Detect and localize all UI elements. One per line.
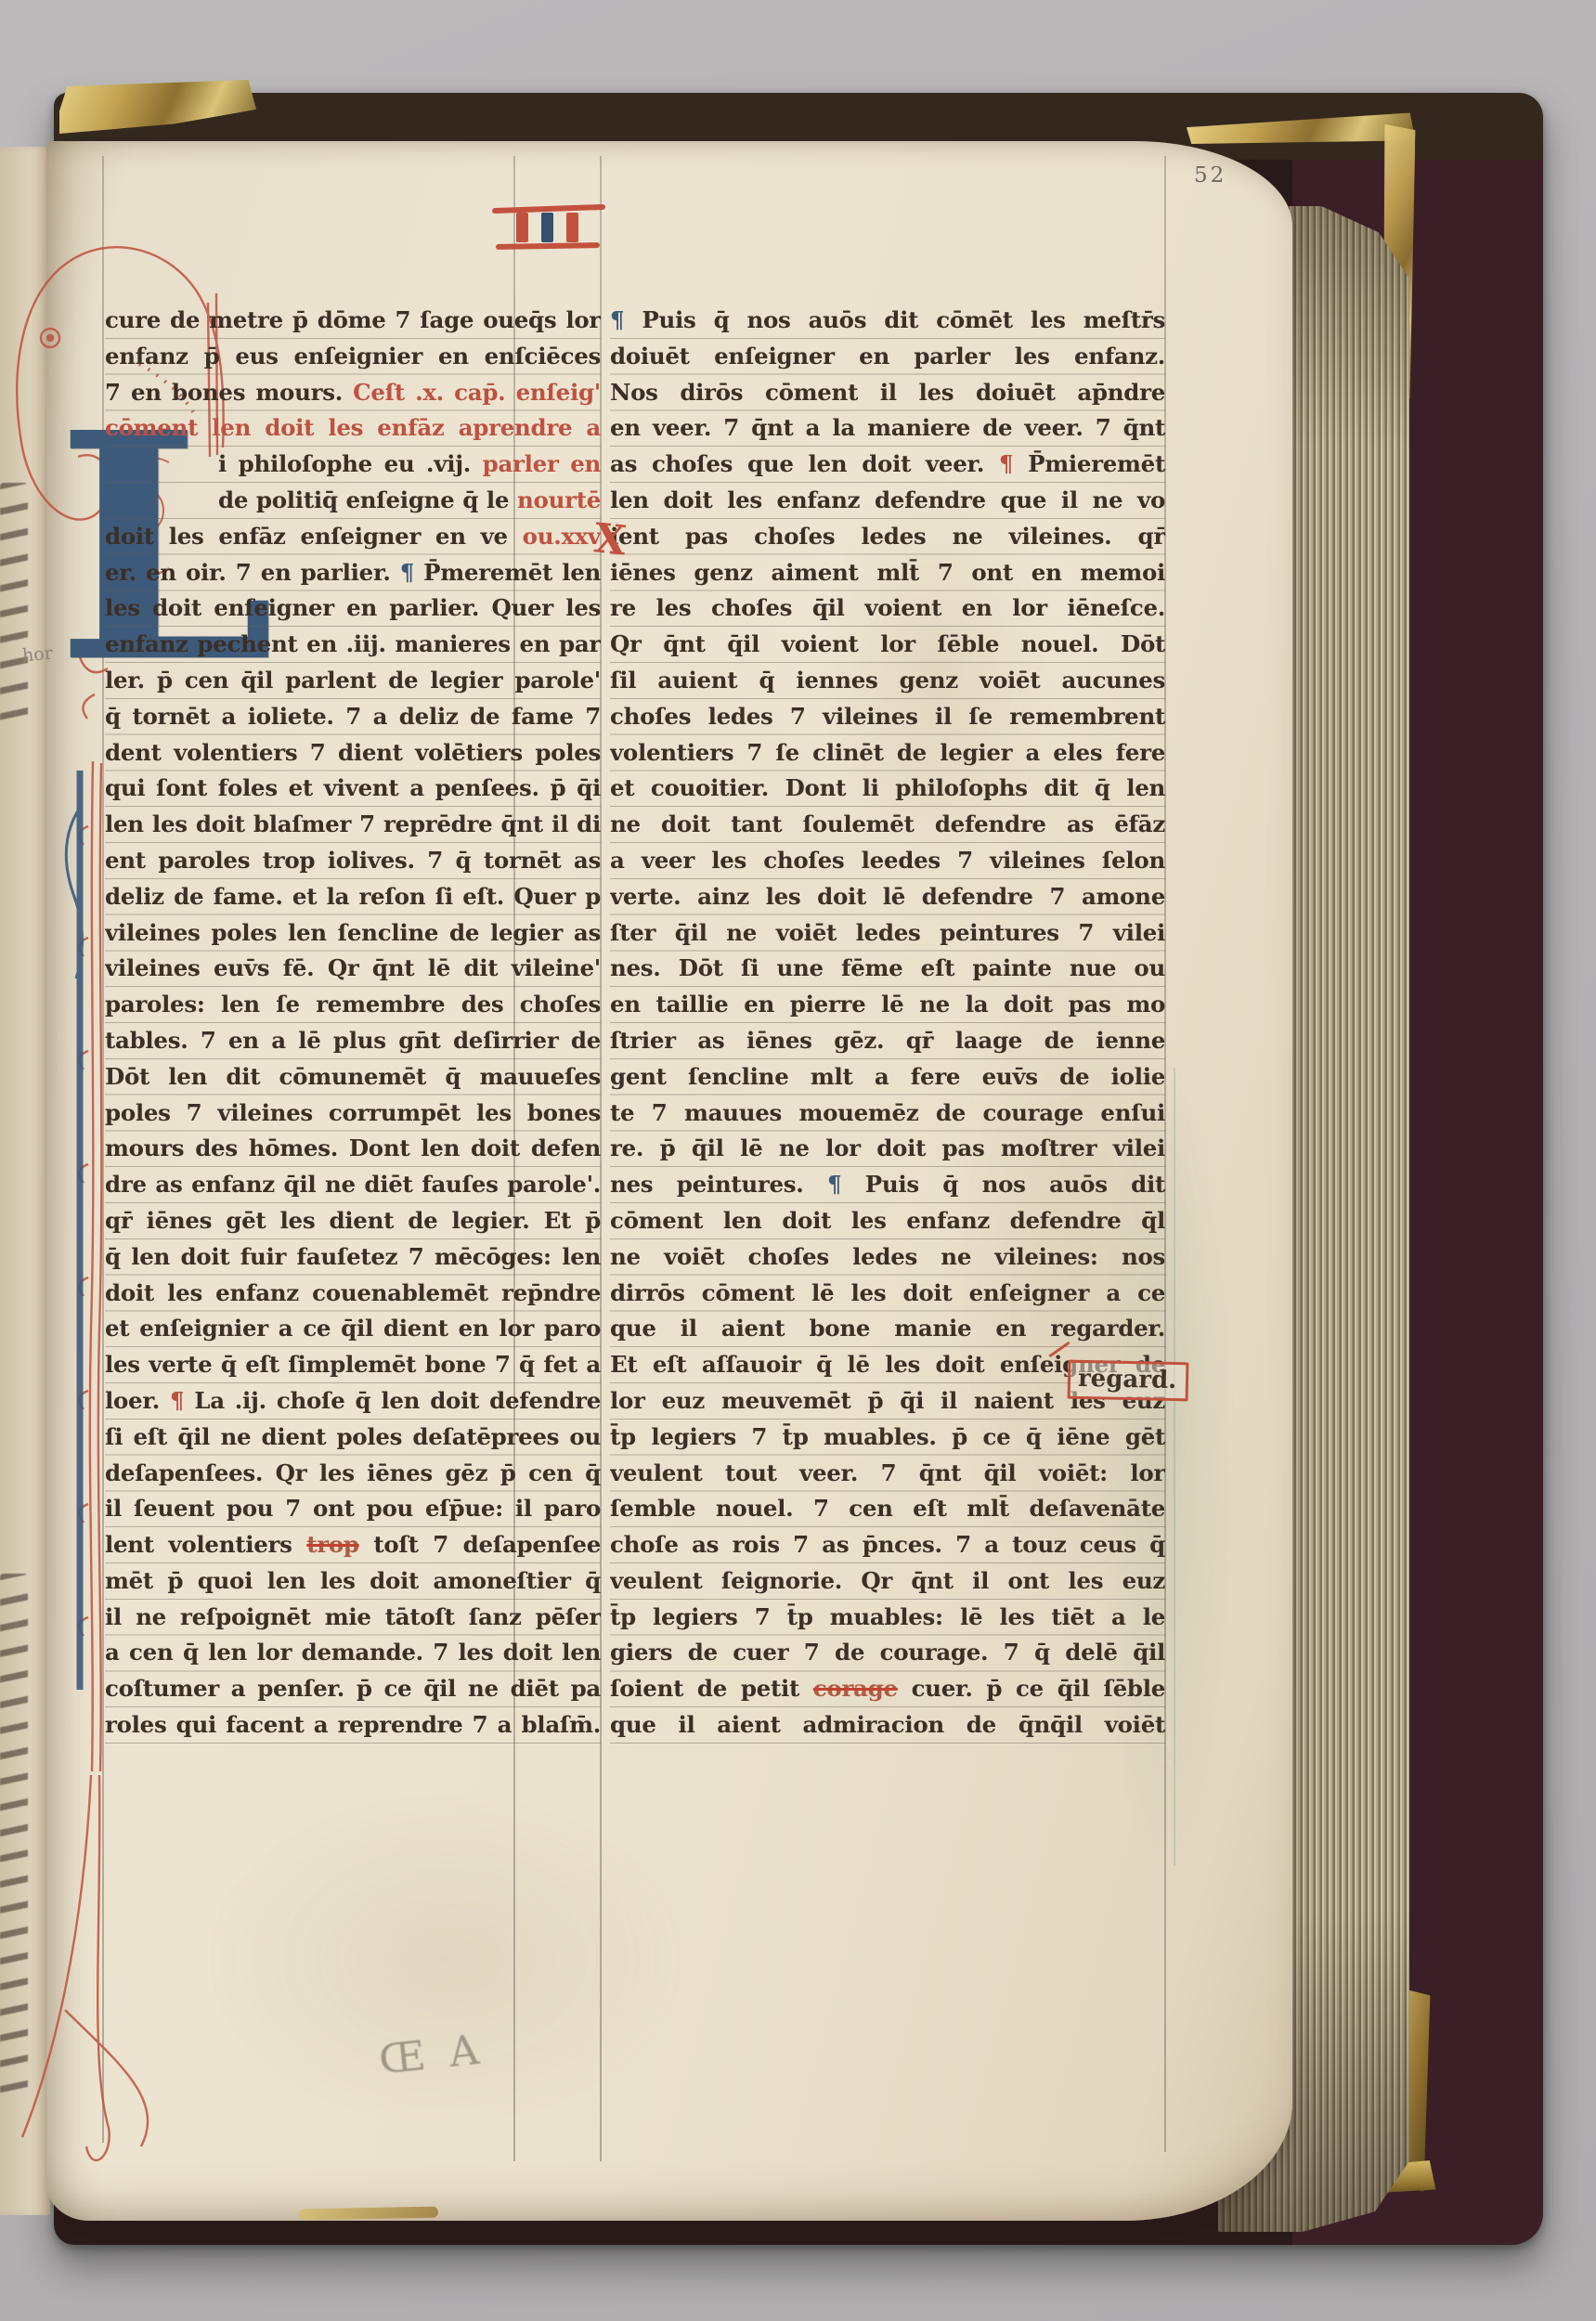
- text-line: poles 7 vileines corrumpēt les bones: [105, 1096, 601, 1132]
- text-segment: en taillie en pierre lē ne la doit pas m…: [610, 991, 1165, 1018]
- text-line: lent volentiers trop toſt 7 deſapenſee: [105, 1527, 601, 1563]
- text-segment: qui ſont foles et vivent a penſees. p̄ q…: [105, 774, 601, 801]
- text-segment: cuer. p̄ ce q̄il ſēble: [898, 1675, 1165, 1702]
- text-line: len les doit blaſmer 7 reprēdre q̄nt il …: [105, 807, 601, 843]
- text-line: t̄p legiers 7 t̄p muables: lē les tiēt a…: [610, 1600, 1165, 1636]
- text-segment: Puis q̄ nos auōs dit cōmēt les meſtr̄s: [624, 306, 1165, 333]
- text-segment: nourtē: [517, 486, 601, 513]
- text-segment: ¶: [170, 1387, 184, 1414]
- text-segment: ne doit tant ſoulemēt defendre as ēfāz: [610, 810, 1165, 837]
- text-segment: ¶: [610, 306, 624, 333]
- text-line: dre as enfanz q̄il ne diēt fauſes parole…: [105, 1167, 601, 1203]
- text-segment: ou.xxv: [508, 523, 601, 550]
- text-line: cōment len doit les enfanz defendre q̄l: [610, 1203, 1165, 1239]
- text-segment: veulent tout veer. 7 q̄nt q̄il voiēt: lo…: [610, 1459, 1165, 1486]
- text-line: ſtrier as iēnes gēz. qr̄ laage de ienne: [610, 1023, 1165, 1059]
- text-line: ient pas choſes ledes ne vileines. qr̄: [610, 519, 1165, 555]
- text-segment: toſt 7 deſapenſee: [359, 1531, 601, 1558]
- text-segment: re les choſes q̄il voient en lor iēneſce…: [610, 594, 1165, 621]
- margin-note-regard: regard.: [1068, 1360, 1189, 1402]
- text-segment: a cen q̄ len lor demande. 7 les doit len…: [105, 1639, 601, 1671]
- text-segment: loer.: [105, 1387, 170, 1414]
- text-segment: a veer les choſes leedes 7 vileines ſelo…: [610, 847, 1165, 874]
- text-line: ſil auient q̄ iennes genz voiēt aucunes: [610, 663, 1165, 699]
- text-line: qui ſont foles et vivent a penſees. p̄ q…: [105, 771, 601, 807]
- text-segment: cōment len doit les enfāz aprendre a: [105, 414, 601, 441]
- quire-stroke-blue: [541, 213, 553, 242]
- text-segment: ſil auient q̄ iennes genz voiēt aucunes: [610, 667, 1165, 694]
- text-line: en veer. 7 q̄nt a la maniere de veer. 7 …: [610, 410, 1165, 447]
- text-line: roles qui facent a reprendre 7 a blaſm̄.: [105, 1707, 601, 1744]
- text-line: paroles: len ſe remembre des choſes deli: [105, 987, 601, 1023]
- text-segment: P̄meremēt len: [414, 559, 601, 586]
- text-line: Nos dirōs cōment il les doiuēt ap̄ndre: [610, 375, 1165, 411]
- text-segment: 7 en bones mours.: [105, 379, 353, 406]
- text-line: deliz de fame. et la reſon ſi eſt. Quer …: [105, 879, 601, 915]
- text-line: as choſes que len doit veer. ¶ P̄mieremē…: [610, 447, 1165, 483]
- text-segment: doiuēt enſeigner en parler les enfanz.: [610, 343, 1165, 370]
- text-segment: doit les enfāz enſeigner en ve: [105, 523, 508, 550]
- text-line: vileines euv̄s fē. Qr q̄nt lē dit vilein…: [105, 951, 601, 987]
- text-segment: il ſeuent pou 7 ont pou eſp̄ue: il paro: [105, 1495, 601, 1522]
- text-segment: ent paroles trop iolives. 7 q̄ tornēt as: [105, 847, 601, 874]
- text-line: en taillie en pierre lē ne la doit pas m…: [610, 987, 1165, 1023]
- quire-bar-bottom: [496, 242, 600, 250]
- text-segment: La .ij. choſe q̄ len doit defendre: [184, 1387, 601, 1414]
- text-line: veulent tout veer. 7 q̄nt q̄il voiēt: lo…: [610, 1456, 1165, 1492]
- text-segment: que il aient bone manie en regarder.: [610, 1315, 1165, 1342]
- text-line: dent volentiers 7 dient volētiers poles: [105, 735, 601, 772]
- text-segment: doit les enfanz couenablemēt rep̄ndre: [105, 1279, 601, 1306]
- text-line: que il aient admiracion de q̄nq̄il voiēt: [610, 1707, 1165, 1744]
- text-line: q̄ len doit fuir fauſetez 7 mēcōges: len: [105, 1239, 601, 1276]
- text-line: veulent ſeignorie. Qr q̄nt il ont les eu…: [610, 1563, 1165, 1600]
- text-line: nes peintures. ¶ Puis q̄ nos auōs dit: [610, 1167, 1165, 1203]
- text-line: cure de metre p̄ dōme 7 ſage oueq̄s lor: [105, 303, 601, 339]
- quire-stroke-red: [516, 213, 528, 242]
- text-segment: ſemble nouel. 7 cen eſt mlt̄ deſavenāte: [610, 1495, 1165, 1522]
- text-segment: ſter q̄il ne voiēt ledes peintures 7 vil…: [610, 919, 1165, 946]
- text-segment: ¶: [827, 1171, 841, 1198]
- text-segment: vileines euv̄s fē. Qr q̄nt lē dit vilein…: [105, 954, 601, 981]
- text-line: t̄p legiers 7 t̄p muables. p̄ ce q̄ iēne…: [610, 1420, 1165, 1456]
- text-line: choſes ledes 7 vileines il ſe remembrent: [610, 699, 1165, 735]
- text-segment: vileines poles len ſencline de legier as: [105, 919, 601, 946]
- text-segment: ler. p̄ cen q̄il parlent de legier parol…: [105, 667, 601, 694]
- text-line: ne voiēt choſes ledes ne vileines: nos: [610, 1239, 1165, 1276]
- folio-number: 52: [1194, 163, 1226, 188]
- text-segment: re. p̄ q̄il lē ne lor doit pas moſtrer v…: [610, 1135, 1165, 1161]
- text-line: enfanz p̄ eus enſeignier en enſciēces: [105, 339, 601, 375]
- text-segment: trop: [306, 1531, 359, 1558]
- text-segment: dent volentiers 7 dient volētiers poles: [105, 739, 601, 766]
- text-line: de politiq̄ enſeigne q̄ le nourtē: [105, 483, 601, 519]
- text-segment: Puis q̄ nos auōs dit: [841, 1171, 1165, 1198]
- text-segment: verte. ainz les doit lē defendre 7 amone: [610, 883, 1165, 910]
- text-column-left: cure de metre p̄ dōme 7 ſage oueq̄s lore…: [105, 303, 601, 1747]
- text-line: et enſeignier a ce q̄il dient en lor par…: [105, 1311, 601, 1347]
- text-segment: veulent ſeignorie. Qr q̄nt il ont les eu…: [610, 1567, 1165, 1594]
- text-segment: P̄mieremēt: [1013, 450, 1165, 477]
- text-line: loer. ¶ La .ij. choſe q̄ len doit defend…: [105, 1383, 601, 1420]
- text-segment: gent ſencline mlt a fere euv̄s de iolie: [610, 1063, 1165, 1090]
- text-segment: nes. Dōt ſi une fēme eſt painte nue ou: [610, 954, 1165, 981]
- text-line: ent paroles trop iolives. 7 q̄ tornēt as: [105, 843, 601, 879]
- text-segment: mours des hōmes. Dont len doit defen: [105, 1135, 601, 1161]
- text-line: volentiers 7 ſe clinēt de legier a eles …: [610, 735, 1165, 772]
- text-segment: ient pas choſes ledes ne vileines. qr̄: [610, 523, 1165, 550]
- text-segment: ſi eſt q̄il ne dient poles deſatēprees o…: [105, 1423, 601, 1450]
- manuscript-photo: 52: [0, 0, 1596, 2321]
- text-segment: tables. 7 en a lē plus gn̄t deſirrier de…: [105, 1027, 601, 1059]
- text-segment: choſes ledes 7 vileines il ſe remembrent: [610, 703, 1165, 730]
- text-line: les doit enſeigner en parlier. Quer les: [105, 590, 601, 627]
- text-line: iēnes genz aiment mlt̄ 7 ont en memoi: [610, 555, 1165, 591]
- text-line: 7 en bones mours. Ceſt .x. cap̄. enſeig': [105, 375, 601, 411]
- text-line: verte. ainz les doit lē defendre 7 amone: [610, 879, 1165, 915]
- text-line: coſtumer a penſer. p̄ ce q̄il ne diēt pa: [105, 1671, 601, 1707]
- quire-stroke-red: [566, 213, 578, 242]
- text-segment: dirrōs cōment lē les doit enſeigner a ce: [610, 1279, 1165, 1306]
- text-segment: Nos dirōs cōment il les doiuēt ap̄ndre: [610, 379, 1165, 406]
- text-segment: volentiers 7 ſe clinēt de legier a eles …: [610, 739, 1165, 766]
- text-segment: corage: [813, 1675, 898, 1702]
- text-line: giers de cuer 7 de courage. 7 q̄ delē q̄…: [610, 1635, 1165, 1671]
- text-segment: i philoſophe eu .vij.: [218, 450, 483, 477]
- text-segment: et enſeignier a ce q̄il dient en lor par…: [105, 1315, 601, 1342]
- text-segment: cure de metre p̄ dōme 7 ſage oueq̄s lor: [105, 306, 601, 333]
- text-line: q̄ tornēt a ioliete. 7 a deliz de fame 7…: [105, 699, 601, 735]
- text-line: vileines poles len ſencline de legier as: [105, 915, 601, 952]
- text-line: il ne reſpoignēt mie tātoſt ſanz pēſer: [105, 1600, 601, 1636]
- margin-mark-x: X: [591, 514, 628, 564]
- text-segment: te 7 mauues mouemēz de courage enſui: [610, 1099, 1165, 1126]
- text-segment: iēnes genz aiment mlt̄ 7 ont en memoi: [610, 559, 1165, 586]
- text-segment: ſoient de petit: [610, 1675, 813, 1702]
- text-line: ¶ Puis q̄ nos auōs dit cōmēt les meſtr̄s: [610, 303, 1165, 339]
- text-line: ſter q̄il ne voiēt ledes peintures 7 vil…: [610, 915, 1165, 952]
- text-line: il ſeuent pou 7 ont pou eſp̄ue: il paro: [105, 1491, 601, 1527]
- text-segment: ¶: [400, 559, 414, 586]
- text-segment: Qr q̄nt q̄il voient lor ſēble nouel. Dōt: [610, 630, 1165, 657]
- text-segment: as choſes que len doit veer.: [610, 450, 999, 477]
- text-segment: Ceſt .x. cap̄. enſeig': [353, 379, 601, 406]
- text-line: qr̄ iēnes gēt les dient de legier. Et p̄…: [105, 1203, 601, 1239]
- text-line: Qr q̄nt q̄il voient lor ſēble nouel. Dōt: [610, 627, 1165, 663]
- text-segment: paroles: len ſe remembre des choſes deli: [105, 991, 601, 1023]
- text-segment: er. en oir. 7 en parlier.: [105, 559, 400, 586]
- text-segment: ſtrier as iēnes gēz. qr̄ laage de ienne: [610, 1027, 1165, 1054]
- text-line: ſoient de petit corage cuer. p̄ ce q̄il …: [610, 1671, 1165, 1707]
- text-line: len doit les enfanz defendre que il ne v…: [610, 483, 1165, 519]
- text-segment: nes peintures.: [610, 1171, 827, 1198]
- text-line: cōment len doit les enfāz aprendre a: [105, 410, 601, 447]
- text-segment: poles 7 vileines corrumpēt les bones: [105, 1099, 601, 1126]
- text-segment: roles qui facent a reprendre 7 a blaſm̄.: [105, 1711, 601, 1738]
- text-segment: ne voiēt choſes ledes ne vileines: nos: [610, 1243, 1165, 1270]
- text-segment: coſtumer a penſer. p̄ ce q̄il ne diēt pa: [105, 1675, 601, 1702]
- text-line: et couoitier. Dont li philoſophs dit q̄ …: [610, 771, 1165, 807]
- text-segment: deliz de fame. et la reſon ſi eſt. Quer …: [105, 883, 601, 910]
- text-segment: enfanz p̄ eus enſeignier en enſciēces: [105, 343, 601, 370]
- text-line: deſapenſees. Qr les iēnes gēz p̄ cen q̄: [105, 1456, 601, 1492]
- text-segment: giers de cuer 7 de courage. 7 q̄ delē q̄…: [610, 1639, 1165, 1666]
- text-segment: qr̄ iēnes gēt les dient de legier. Et p̄…: [105, 1207, 601, 1239]
- text-segment: lent volentiers: [105, 1531, 306, 1558]
- text-line: enfanz pechent en .iij. manieres en par: [105, 627, 601, 663]
- text-line: er. en oir. 7 en parlier. ¶ P̄meremēt le…: [105, 555, 601, 591]
- text-column-right: ¶ Puis q̄ nos auōs dit cōmēt les meſtr̄s…: [610, 303, 1165, 1747]
- quire-numeral: [492, 206, 605, 251]
- text-line: mours des hōmes. Dont len doit defen: [105, 1131, 601, 1167]
- text-segment: il ne reſpoignēt mie tātoſt ſanz pēſer: [105, 1603, 601, 1630]
- text-line: les verte q̄ eſt ſimplemēt bone 7 q̄ fet…: [105, 1347, 601, 1383]
- text-line: dirrōs cōment lē les doit enſeigner a ce: [610, 1276, 1165, 1312]
- text-segment: q̄ len doit fuir fauſetez 7 mēcōges: len: [105, 1243, 601, 1270]
- text-line: Dōt len dit cōmunemēt q̄ mauueſes: [105, 1059, 601, 1096]
- text-line: a cen q̄ len lor demande. 7 les doit len…: [105, 1635, 601, 1671]
- text-segment: en veer. 7 q̄nt a la maniere de veer. 7 …: [610, 414, 1165, 441]
- text-line: i philoſophe eu .vij. parler en: [105, 447, 601, 483]
- text-line: choſe as rois 7 as p̄nces. 7 a touz ceus…: [610, 1527, 1165, 1563]
- text-segment: t̄p legiers 7 t̄p muables: lē les tiēt a…: [610, 1603, 1165, 1630]
- text-segment: len doit les enfanz defendre que il ne v…: [610, 486, 1165, 513]
- text-segment: choſe as rois 7 as p̄nces. 7 a touz ceus…: [610, 1531, 1165, 1558]
- text-line: ler. p̄ cen q̄il parlent de legier parol…: [105, 663, 601, 699]
- text-segment: les verte q̄ eſt ſimplemēt bone 7 q̄ fet…: [105, 1351, 601, 1378]
- text-segment: ¶: [999, 450, 1013, 477]
- text-line: doit les enfāz enſeigner en ve ou.xxv: [105, 519, 601, 555]
- text-line: doit les enfanz couenablemēt rep̄ndre: [105, 1276, 601, 1312]
- text-line: nes. Dōt ſi une fēme eſt painte nue ou: [610, 951, 1165, 987]
- text-segment: et couoitier. Dont li philoſophs dit q̄ …: [610, 774, 1165, 801]
- text-line: mēt p̄ quoi len les doit amoneſtier q̄: [105, 1563, 601, 1600]
- text-line: doiuēt enſeigner en parler les enfanz.: [610, 339, 1165, 375]
- text-line: que il aient bone manie en regarder.: [610, 1311, 1165, 1347]
- text-line: re. p̄ q̄il lē ne lor doit pas moſtrer v…: [610, 1131, 1165, 1167]
- text-line: ſi eſt q̄il ne dient poles deſatēprees o…: [105, 1420, 601, 1456]
- text-line: a veer les choſes leedes 7 vileines ſelo…: [610, 843, 1165, 879]
- text-line: re les choſes q̄il voient en lor iēneſce…: [610, 590, 1165, 627]
- text-line: tables. 7 en a lē plus gn̄t deſirrier de…: [105, 1023, 601, 1059]
- text-segment: enfanz pechent en .iij. manieres en par: [105, 630, 601, 657]
- pencil-note-left: hor: [21, 643, 54, 667]
- text-line: te 7 mauues mouemēz de courage enſui: [610, 1096, 1165, 1132]
- text-segment: q̄ tornēt a ioliete. 7 a deliz de fame 7…: [105, 703, 601, 735]
- ruling-showthrough: [1174, 1068, 1175, 1866]
- text-segment: de politiq̄ enſeigne q̄ le: [218, 486, 517, 513]
- text-segment: t̄p legiers 7 t̄p muables. p̄ ce q̄ iēne…: [610, 1423, 1165, 1450]
- text-segment: cōment len doit les enfanz defendre q̄l: [610, 1207, 1165, 1234]
- text-segment: Dōt len dit cōmunemēt q̄ mauueſes: [105, 1063, 601, 1090]
- text-segment: mēt p̄ quoi len les doit amoneſtier q̄: [105, 1567, 601, 1594]
- text-segment: parler en: [483, 450, 601, 477]
- text-segment: deſapenſees. Qr les iēnes gēz p̄ cen q̄: [105, 1459, 601, 1486]
- text-line: ne doit tant ſoulemēt defendre as ēfāz: [610, 807, 1165, 843]
- text-segment: len les doit blaſmer 7 reprēdre q̄nt il …: [105, 810, 601, 837]
- text-segment: que il aient admiracion de q̄nq̄il voiēt: [610, 1711, 1165, 1738]
- text-segment: dre as enfanz q̄il ne diēt fauſes parole…: [105, 1171, 601, 1198]
- text-segment: les doit enſeigner en parlier. Quer les: [105, 594, 601, 621]
- text-line: ſemble nouel. 7 cen eſt mlt̄ deſavenāte: [610, 1491, 1165, 1527]
- text-line: gent ſencline mlt a fere euv̄s de iolie: [610, 1059, 1165, 1096]
